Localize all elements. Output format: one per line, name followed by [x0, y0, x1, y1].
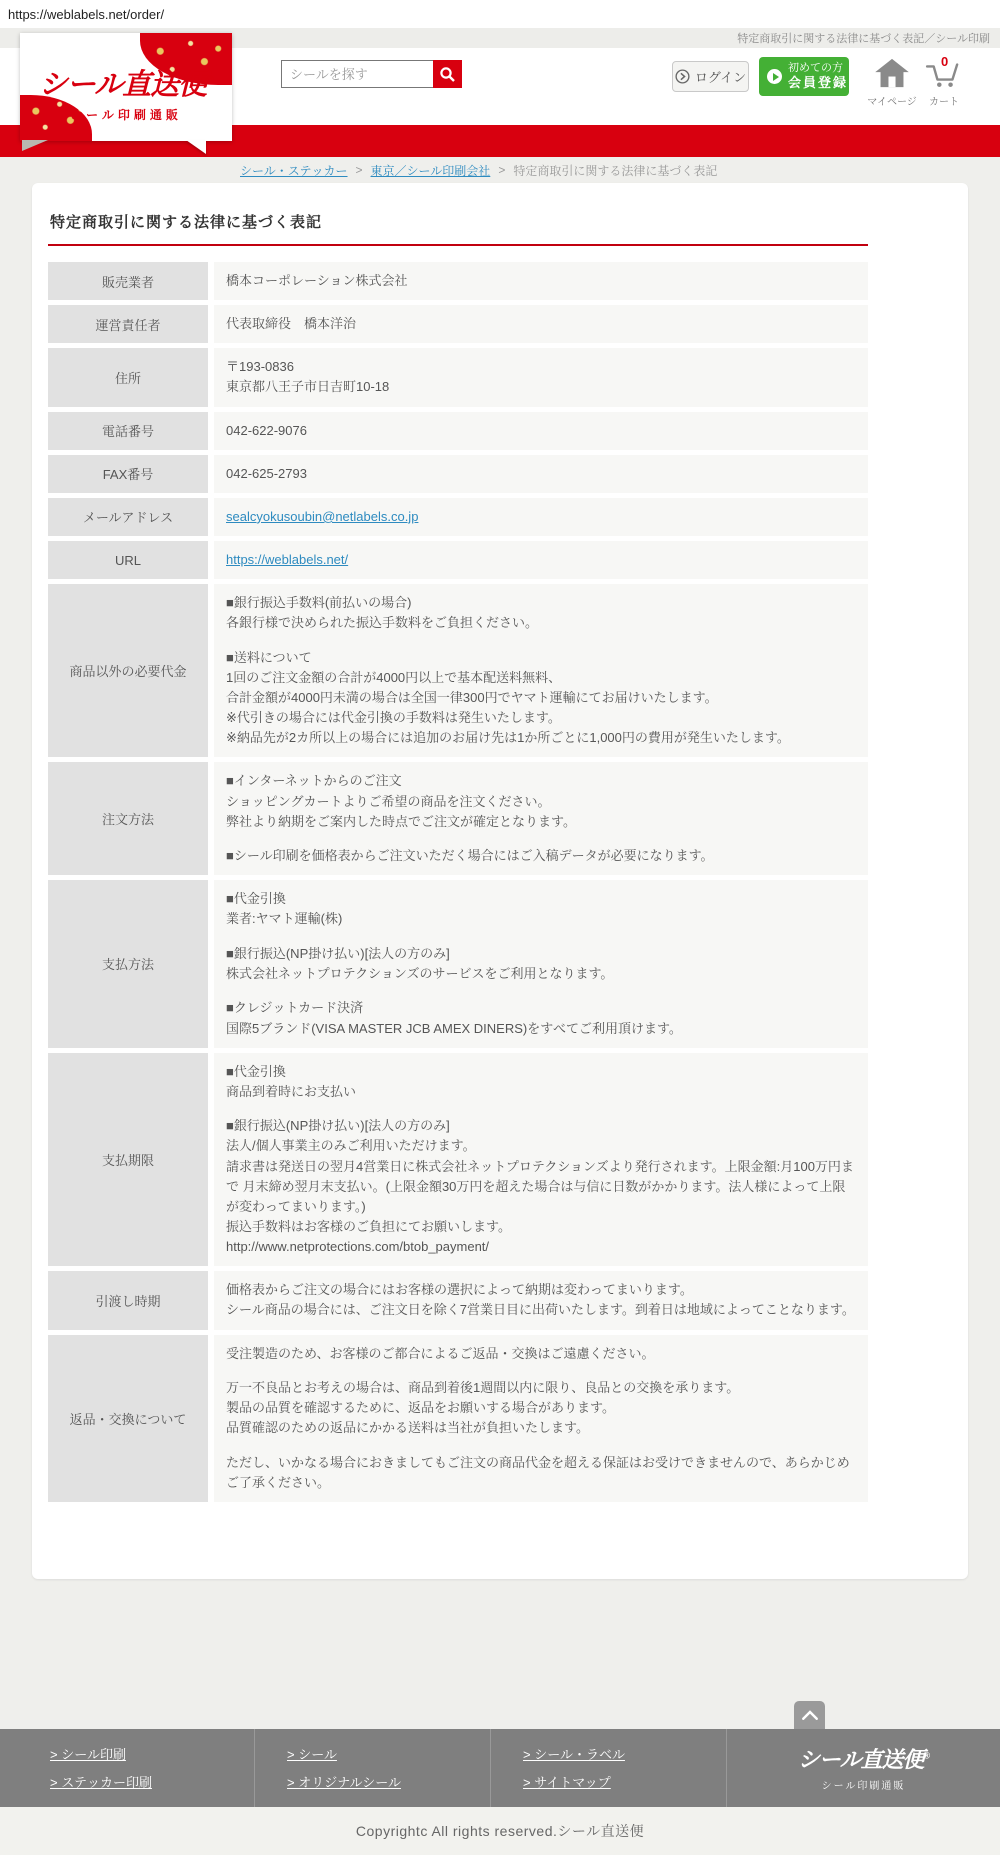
main-area: 特定商取引に関する法律に基づく表記 販売業者橋本コーポレーション株式会社運営責任…	[0, 183, 1000, 1579]
table-row: 運営責任者代表取締役 橋本洋治	[48, 305, 868, 343]
site-header-wrap: シール直送便® シール印刷通販	[0, 48, 1000, 157]
breadcrumb-separator: >	[498, 163, 505, 177]
table-row: 支払期限■代金引換商品到着時にお支払い■銀行振込(NP掛け払い)[法人の方のみ]…	[48, 1053, 868, 1267]
text-line: ショッピングカートよりご希望の商品を注文ください。	[226, 792, 856, 812]
text-line: 商品到着時にお支払い	[226, 1082, 856, 1102]
table-link[interactable]: sealcyokusoubin@netlabels.co.jp	[226, 509, 418, 524]
text-line: 請求書は発送日の翌月4営業日に株式会社ネットプロテクションズより発行されます。上…	[226, 1157, 856, 1217]
row-value: 042-625-2793	[214, 455, 868, 493]
row-value: 代表取締役 橋本洋治	[214, 305, 868, 343]
footer-logo-brand: シール直送便®	[798, 1743, 929, 1774]
row-value: 価格表からご注文の場合にはお客様の選択によって納期は変わってまいります。シール商…	[214, 1271, 868, 1329]
row-label: 電話番号	[48, 412, 208, 450]
row-label: メールアドレス	[48, 498, 208, 536]
search-button[interactable]	[433, 60, 462, 88]
text-line: 代表取締役 橋本洋治	[226, 314, 856, 334]
registered-mark: ®	[923, 1751, 929, 1761]
text-line: 品質確認のための返品にかかる送料は当社が負担いたします。	[226, 1418, 856, 1438]
text-line: 1回のご注文金額の合計が4000円以上で基本配送料無料、	[226, 668, 856, 688]
play-circle-icon	[767, 69, 782, 84]
text-line: 株式会社ネットプロテクションズのサービスをご利用となります。	[226, 964, 856, 984]
logo-page-curl	[22, 140, 48, 151]
table-row: 引渡し時期価格表からご注文の場合にはお客様の選択によって納期は変わってまいります…	[48, 1271, 868, 1329]
text-line: ■銀行振込(NP掛け払い)[法人の方のみ]	[226, 1116, 856, 1136]
info-table: 販売業者橋本コーポレーション株式会社運営責任者代表取締役 橋本洋治住所〒193-…	[48, 262, 868, 1502]
row-value: ■代金引換業者:ヤマト運輸(株)■銀行振込(NP掛け払い)[法人の方のみ]株式会…	[214, 880, 868, 1047]
site-logo[interactable]: シール直送便® シール印刷通販	[20, 33, 232, 141]
text-line: 〒193-0836	[226, 357, 856, 377]
register-line1: 初めての方	[788, 62, 848, 76]
row-label: 運営責任者	[48, 305, 208, 343]
registered-mark: ®	[206, 74, 213, 86]
table-row: 住所〒193-0836東京都八王子市日吉町10-18	[48, 348, 868, 406]
row-value: https://weblabels.net/	[214, 541, 868, 579]
text-line: 合計金額が4000円未満の場合は全国一律300円でヤマト運輸にてお届けいたします…	[226, 688, 856, 708]
footer-link[interactable]: > オリジナルシール	[287, 1772, 490, 1791]
row-label: 返品・交換について	[48, 1335, 208, 1502]
footer-link[interactable]: > シール	[287, 1744, 490, 1763]
text-line: ※代引きの場合には代金引換の手数料は発生いたします。	[226, 708, 856, 728]
row-label: URL	[48, 541, 208, 579]
cart-count-badge: 0	[941, 54, 948, 69]
logo-brand-text: シール直送便®	[20, 71, 232, 100]
table-row: メールアドレスsealcyokusoubin@netlabels.co.jp	[48, 498, 868, 536]
text-line: 各銀行様で決められた振込手数料をご負担ください。	[226, 613, 856, 633]
mypage-label: マイページ	[864, 93, 920, 108]
text-line: 法人/個人事業主のみご利用いただけます。	[226, 1136, 856, 1156]
table-link[interactable]: https://weblabels.net/	[226, 552, 348, 567]
chevron-up-icon	[801, 1709, 819, 1721]
text-line: 万一不良品とお考えの場合は、商品到着後1週間以内に限り、良品との交換を承ります。	[226, 1378, 856, 1398]
row-label: 注文方法	[48, 762, 208, 875]
text-line: 弊社より納期をご案内した時点でご注文が確定となります。	[226, 812, 856, 832]
row-label: 支払方法	[48, 880, 208, 1047]
browser-address-bar[interactable]: https://weblabels.net/order/	[0, 0, 1000, 28]
copyright-text: Copyrightc All rights reserved.シール直送便	[356, 1821, 644, 1841]
row-label: FAX番号	[48, 455, 208, 493]
text-line: ■クレジットカード決済	[226, 998, 856, 1018]
logo-bubble-tail	[186, 140, 206, 154]
cart-label: カート	[916, 93, 972, 108]
table-row: 電話番号042-622-9076	[48, 412, 868, 450]
search-icon	[439, 66, 456, 83]
row-value: sealcyokusoubin@netlabels.co.jp	[214, 498, 868, 536]
breadcrumb-item[interactable]: シール・ステッカー	[240, 162, 348, 179]
copyright-bar: Copyrightc All rights reserved.シール直送便	[0, 1807, 1000, 1855]
footer-link[interactable]: > シール印刷	[50, 1744, 254, 1763]
row-value: ■インターネットからのご注文ショッピングカートよりご希望の商品を注文ください。弊…	[214, 762, 868, 875]
text-line: 振込手数料はお客様のご負担にてお願いします。	[226, 1217, 856, 1237]
table-row: 注文方法■インターネットからのご注文ショッピングカートよりご希望の商品を注文くだ…	[48, 762, 868, 875]
blank-line	[226, 1438, 856, 1452]
footer-logo: シール直送便® シール印刷通販	[727, 1729, 1000, 1807]
footer-link[interactable]: > ステッカー印刷	[50, 1772, 254, 1791]
text-line: ■シール印刷を価格表からご注文いただく場合にはご入稿データが必要になります。	[226, 846, 856, 866]
breadcrumb-item: 特定商取引に関する法律に基づく表記	[513, 162, 717, 179]
blank-line	[226, 1102, 856, 1116]
table-row: URLhttps://weblabels.net/	[48, 541, 868, 579]
text-line: ただし、いかなる場合におきましてもご注文の商品代金を超える保証はお受けできません…	[226, 1453, 856, 1493]
text-line: 価格表からご注文の場合にはお客様の選択によって納期は変わってまいります。	[226, 1280, 856, 1300]
register-button[interactable]: 初めての方 会員登録	[759, 57, 849, 96]
footer-link[interactable]: > サイトマップ	[523, 1772, 726, 1791]
row-label: 商品以外の必要代金	[48, 584, 208, 757]
text-line: ■代金引換	[226, 1062, 856, 1082]
login-label: ログイン	[695, 67, 746, 86]
text-line: ■銀行振込(NP掛け払い)[法人の方のみ]	[226, 944, 856, 964]
site-header: シール直送便® シール印刷通販	[0, 48, 1000, 125]
cart-button[interactable]: 0 カート	[916, 58, 972, 108]
text-line: 業者:ヤマト運輸(株)	[226, 909, 856, 929]
text-line: 橋本コーポレーション株式会社	[226, 271, 856, 291]
text-line: 042-622-9076	[226, 421, 856, 441]
row-value: 受注製造のため、お客様のご都合によるご返品・交換はご遠慮ください。万一不良品とお…	[214, 1335, 868, 1502]
register-line2: 会員登録	[788, 75, 848, 91]
footer-column: > シール・ラベル> サイトマップ	[491, 1729, 727, 1807]
table-row: 支払方法■代金引換業者:ヤマト運輸(株)■銀行振込(NP掛け払い)[法人の方のみ…	[48, 880, 868, 1047]
row-label: 販売業者	[48, 262, 208, 300]
table-row: 販売業者橋本コーポレーション株式会社	[48, 262, 868, 300]
login-arrow-icon	[675, 69, 690, 84]
blank-line	[226, 1364, 856, 1378]
page-title: 特定商取引に関する法律に基づく表記	[48, 207, 868, 246]
search-input[interactable]	[281, 60, 433, 88]
table-row: FAX番号042-625-2793	[48, 455, 868, 493]
text-line: ■インターネットからのご注文	[226, 771, 856, 791]
blank-line	[226, 930, 856, 944]
row-value: 〒193-0836東京都八王子市日吉町10-18	[214, 348, 868, 406]
breadcrumb-item[interactable]: 東京／シール印刷会社	[371, 162, 491, 179]
text-line: 国際5ブランド(VISA MASTER JCB AMEX DINERS)をすべて…	[226, 1019, 856, 1039]
text-line: 製品の品質を確認するために、返品をお願いする場合があります。	[226, 1398, 856, 1418]
blank-line	[226, 633, 856, 647]
text-line: ■代金引換	[226, 889, 856, 909]
blank-line	[226, 832, 856, 846]
text-line: 受注製造のため、お客様のご都合によるご返品・交換はご遠慮ください。	[226, 1344, 856, 1364]
mypage-button[interactable]: マイページ	[864, 58, 920, 108]
home-icon	[874, 58, 910, 88]
footer-column: > シール印刷> ステッカー印刷	[0, 1729, 255, 1807]
table-row: 返品・交換について受注製造のため、お客様のご都合によるご返品・交換はご遠慮くださ…	[48, 1335, 868, 1502]
content-card: 特定商取引に関する法律に基づく表記 販売業者橋本コーポレーション株式会社運営責任…	[32, 183, 968, 1579]
breadcrumb-separator: >	[356, 163, 363, 177]
table-row: 商品以外の必要代金■銀行振込手数料(前払いの場合)各銀行様で決められた振込手数料…	[48, 584, 868, 757]
row-value: ■代金引換商品到着時にお支払い■銀行振込(NP掛け払い)[法人の方のみ]法人/個…	[214, 1053, 868, 1267]
row-value: 橋本コーポレーション株式会社	[214, 262, 868, 300]
row-label: 引渡し時期	[48, 1271, 208, 1329]
row-label: 住所	[48, 348, 208, 406]
row-value: ■銀行振込手数料(前払いの場合)各銀行様で決められた振込手数料をご負担ください。…	[214, 584, 868, 757]
text-line: ■銀行振込手数料(前払いの場合)	[226, 593, 856, 613]
footer-link[interactable]: > シール・ラベル	[523, 1744, 726, 1763]
text-line: ■送料について	[226, 648, 856, 668]
row-label: 支払期限	[48, 1053, 208, 1267]
window-title: 特定商取引に関する法律に基づく表記／シール印刷	[737, 30, 990, 46]
text-line: http://www.netprotections.com/btob_payme…	[226, 1237, 856, 1257]
footer-column: > シール> オリジナルシール	[255, 1729, 491, 1807]
text-line: 042-625-2793	[226, 464, 856, 484]
site-footer: > シール印刷> ステッカー印刷 > シール> オリジナルシール > シール・ラ…	[0, 1729, 1000, 1807]
login-button[interactable]: ログイン	[672, 61, 749, 92]
back-to-top-button[interactable]	[794, 1701, 825, 1729]
text-line: ※納品先が2カ所以上の場合には追加のお届け先は1か所ごとに1,000円の費用が発…	[226, 728, 856, 748]
pre-footer-space	[0, 1579, 1000, 1729]
text-line: シール商品の場合には、ご注文日を除く7営業日目に出荷いたします。到着日は地域によ…	[226, 1300, 856, 1320]
row-value: 042-622-9076	[214, 412, 868, 450]
footer-logo-tagline: シール印刷通販	[822, 1777, 906, 1792]
text-line: 東京都八王子市日吉町10-18	[226, 377, 856, 397]
page-url[interactable]: https://weblabels.net/order/	[8, 7, 164, 22]
logo-tagline: シール印刷通販	[20, 106, 232, 123]
breadcrumb: シール・ステッカー>東京／シール印刷会社>特定商取引に関する法律に基づく表記	[0, 157, 1000, 183]
blank-line	[226, 984, 856, 998]
search-area	[281, 60, 462, 88]
